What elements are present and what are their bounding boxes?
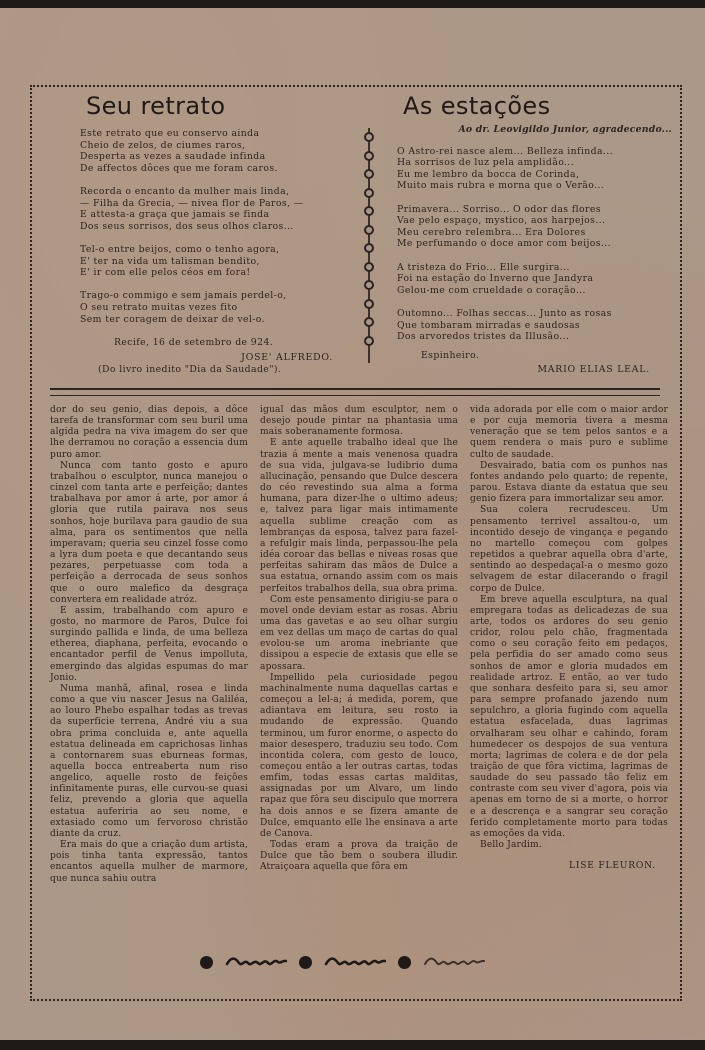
ring-icon bbox=[364, 169, 374, 179]
stanza: Este retrato que eu conservo aindaCheio … bbox=[80, 128, 355, 174]
wave-flourish-icon bbox=[225, 955, 287, 969]
verse-line: Foi na estação do Inverno que Jandyra bbox=[397, 273, 672, 285]
verse-line: E' ir com elle pelos céos em fora! bbox=[80, 267, 355, 279]
verse-line: Outomno... Folhas seccas... Junto as ros… bbox=[397, 308, 672, 320]
paragraph: Em breve aquella esculptura, na qual emp… bbox=[470, 595, 668, 840]
paragraph: Numa manhã, afinal, rosea e linda como a… bbox=[50, 684, 248, 840]
closing-ornament bbox=[200, 950, 520, 974]
paragraph: Impellido pela curiosidade pegou machina… bbox=[260, 673, 458, 840]
verse-line: Gelou-me com crueldade o coração... bbox=[397, 285, 672, 297]
wave-flourish-icon bbox=[324, 955, 386, 969]
ring-icon bbox=[364, 299, 374, 309]
verse-line: Me perfumando o doce amor com beijos... bbox=[397, 238, 672, 250]
paragraph: E assim, trabalhando com apuro e gosto, … bbox=[50, 606, 248, 684]
story-column: igual das mãos dum esculptor, nem o dese… bbox=[260, 405, 458, 885]
poem-seu-retrato: Seu retrato Este retrato que eu conservo… bbox=[80, 92, 355, 375]
verse-line: O seu retrato muitas vezes fito bbox=[80, 302, 355, 314]
verse-line: Meu cerebro relembra... Era Dolores bbox=[397, 227, 672, 239]
stanza: Tel-o entre beijos, como o tenho agora,E… bbox=[80, 244, 355, 279]
wave-flourish-icon bbox=[423, 955, 485, 969]
verse-line: Trago-o commigo e sem jamais perdel-o, bbox=[80, 290, 355, 302]
paragraph: E ante aquelle trabalho ideal que lhe tr… bbox=[260, 438, 458, 594]
paragraph: Sua colera recrudesceu. Um pensamento te… bbox=[470, 505, 668, 594]
story-column: vida adorada por elle com o maior ardor … bbox=[470, 405, 668, 885]
verse-line: Este retrato que eu conservo ainda bbox=[80, 128, 355, 140]
ring-icon bbox=[364, 336, 374, 346]
poem-author: MARIO ELIAS LEAL. bbox=[397, 364, 672, 376]
section-divider bbox=[50, 388, 660, 396]
ring-icon bbox=[364, 243, 374, 253]
verse-line: Vae pelo espaço, mystico, aos harpejos..… bbox=[397, 215, 672, 227]
verse-line: Recorda o encanto da mulher mais linda, bbox=[80, 186, 355, 198]
paragraph: Nunca com tanto gosto e apuro trabalhou … bbox=[50, 461, 248, 606]
story-author: LISE FLEURON. bbox=[470, 861, 668, 872]
story-place: Bello Jardim. bbox=[470, 840, 668, 851]
ring-chain-icon bbox=[368, 128, 370, 363]
stanza: A tristeza do Frio... Elle surgira...Foi… bbox=[397, 262, 672, 297]
verse-line: Que tombaram mirradas e saudosas bbox=[397, 320, 672, 332]
verse-line: Desperta as vezes a saudade infinda bbox=[80, 151, 355, 163]
poem-stanzas: O Astro-rei nasce alem... Belleza infind… bbox=[397, 146, 672, 343]
verse-line: De affectos dôces que me foram caros. bbox=[80, 163, 355, 175]
poem-dedication: Ao dr. Leovigildo Junior, agradecendo... bbox=[397, 124, 672, 136]
ring-icon bbox=[364, 280, 374, 290]
verse-line: Dos seus sorrisos, dos seus olhos claros… bbox=[80, 221, 355, 233]
verse-line: Dos arvoredos tristes da Illusão... bbox=[397, 331, 672, 343]
stanza: Trago-o commigo e sem jamais perdel-o,O … bbox=[80, 290, 355, 325]
poem-source: (Do livro inedito "Dia da Saudade"). bbox=[80, 364, 355, 376]
paragraph: Todas eram a prova da traição de Dulce q… bbox=[260, 840, 458, 873]
verse-line: Ha sorrisos de luz pela amplidão... bbox=[397, 157, 672, 169]
verse-line: A tristeza do Frio... Elle surgira... bbox=[397, 262, 672, 274]
ring-icon bbox=[364, 188, 374, 198]
verse-line: Tel-o entre beijos, como o tenho agora, bbox=[80, 244, 355, 256]
verse-line: E attesta-a graça que jamais se finda bbox=[80, 209, 355, 221]
verse-line: — Filha da Grecia, — nivea flor de Paros… bbox=[80, 198, 355, 210]
poem-title: As estações bbox=[403, 92, 672, 120]
verse-line: Muito mais rubra e morna que o Verão... bbox=[397, 180, 672, 192]
paragraph: vida adorada por elle com o maior ardor … bbox=[470, 405, 668, 461]
stanza: Primavera... Sorriso... O odor das flore… bbox=[397, 204, 672, 250]
story-column: dor do seu genio, dias depois, a dôce ta… bbox=[50, 405, 248, 885]
circle-bullet-icon bbox=[299, 956, 312, 969]
circle-bullet-icon bbox=[200, 956, 213, 969]
poem-stanzas: Este retrato que eu conservo aindaCheio … bbox=[80, 128, 355, 325]
story-columns: dor do seu genio, dias depois, a dôce ta… bbox=[50, 405, 670, 885]
verse-line: O Astro-rei nasce alem... Belleza infind… bbox=[397, 146, 672, 158]
paragraph: igual das mãos dum esculptor, nem o dese… bbox=[260, 405, 458, 438]
ring-icon bbox=[364, 206, 374, 216]
poem-as-estacoes: As estações Ao dr. Leovigildo Junior, ag… bbox=[397, 92, 672, 375]
poem-title: Seu retrato bbox=[86, 92, 355, 120]
ring-icon bbox=[364, 225, 374, 235]
verse-line: Eu me lembro da bocca de Corinda, bbox=[397, 169, 672, 181]
circle-bullet-icon bbox=[398, 956, 411, 969]
ring-icon bbox=[364, 262, 374, 272]
paragraph: dor do seu genio, dias depois, a dôce ta… bbox=[50, 405, 248, 461]
paragraph: Desvairado, batia com os punhos nas font… bbox=[470, 461, 668, 506]
poem-author: JOSE' ALFREDO. bbox=[80, 352, 355, 364]
stanza: O Astro-rei nasce alem... Belleza infind… bbox=[397, 146, 672, 192]
stanza: Recorda o encanto da mulher mais linda,—… bbox=[80, 186, 355, 232]
ring-icon bbox=[364, 317, 374, 327]
place-date: Recife, 16 de setembro de 924. bbox=[80, 337, 355, 349]
verse-line: Cheio de zelos, de ciumes raros, bbox=[80, 140, 355, 152]
ring-icon bbox=[364, 132, 374, 142]
verse-line: Primavera... Sorriso... O odor das flore… bbox=[397, 204, 672, 216]
stanza: Outomno... Folhas seccas... Junto as ros… bbox=[397, 308, 672, 343]
verse-line: Sem ter coragem de deixar de vel-o. bbox=[80, 314, 355, 326]
paragraph: Era mais do que a criação dum artista, p… bbox=[50, 840, 248, 885]
ring-icon bbox=[364, 151, 374, 161]
paragraph: Com este pensamento dirigiu-se para o mo… bbox=[260, 595, 458, 673]
verse-line: E' ter na vida um talisman bendito, bbox=[80, 256, 355, 268]
poem-place: Espinheiro. bbox=[397, 350, 479, 362]
